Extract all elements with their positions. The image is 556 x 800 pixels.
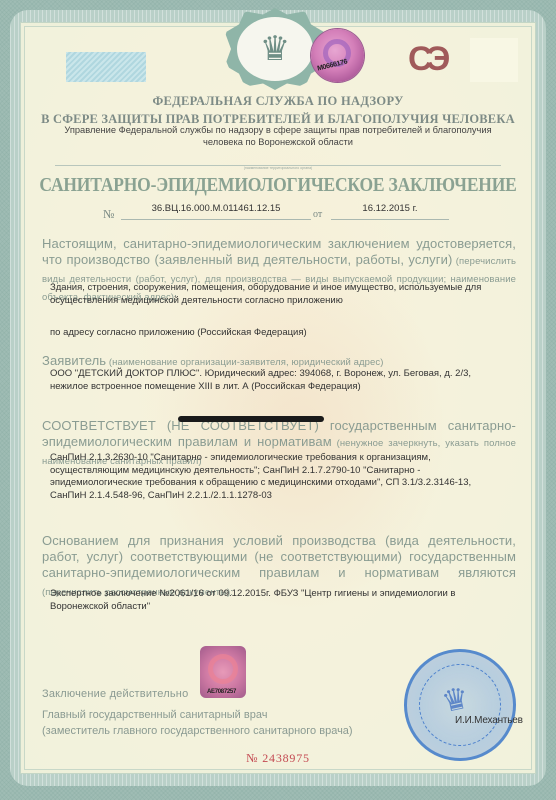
date-label: от bbox=[313, 209, 322, 220]
applicant-label-hint: (наименование организации-заявителя, юри… bbox=[106, 357, 383, 368]
chief-doctor-title: Главный государственный санитарный врач bbox=[42, 709, 267, 721]
signatory-name: И.И.Механтьев bbox=[455, 715, 523, 726]
validity-label: Заключение действительно bbox=[42, 688, 188, 700]
hologram-seal-icon: M0666176 bbox=[311, 29, 364, 82]
territorial-caption: (наименование территориального органа) bbox=[20, 166, 536, 170]
date-underline bbox=[331, 219, 449, 220]
strikethrough-mark bbox=[178, 416, 324, 422]
blank-area bbox=[470, 38, 518, 82]
document-title: САНИТАРНО-ЭПИДЕМИОЛОГИЧЕСКОЕ ЗАКЛЮЧЕНИЕ bbox=[20, 172, 536, 196]
activity-address: по адресу согласно приложению (Российска… bbox=[50, 327, 510, 340]
document-date: 16.12.2015 г. bbox=[331, 203, 449, 214]
certificate-background: ♛ M0666176 СЭ ФЕДЕРАЛЬНАЯ СЛУЖБА ПО НАДЗ… bbox=[0, 0, 556, 800]
basis-documents: Экспертное заключение №2061/16 от 09.12.… bbox=[50, 588, 510, 613]
gear-icon bbox=[208, 654, 238, 684]
agency-name-line1: ФЕДЕРАЛЬНАЯ СЛУЖБА ПО НАДЗОРУ bbox=[20, 94, 536, 109]
deputy-title: (заместитель главного государственного с… bbox=[42, 725, 353, 737]
basis-main: Основанием для признания условий произво… bbox=[42, 533, 516, 580]
hologram-sticker-icon: AE7087257 bbox=[200, 646, 246, 698]
number-underline bbox=[121, 219, 311, 220]
applicant-value: ООО "ДЕТСКИЙ ДОКТОР ПЛЮС". Юридический а… bbox=[50, 368, 510, 393]
security-hologram-strip bbox=[66, 52, 146, 82]
se-logo-icon: СЭ bbox=[408, 44, 464, 74]
document-number-row: № 36.ВЦ.16.000.М.011461.12.15 от 16.12.2… bbox=[103, 203, 453, 221]
applicant-label-main: Заявитель bbox=[42, 353, 106, 368]
double-headed-eagle-icon: ♛ bbox=[237, 17, 313, 81]
number-label: № bbox=[103, 207, 114, 222]
department-name: Управление Федеральной службы по надзору… bbox=[60, 124, 496, 148]
activity-description: Здания, строения, сооружения, помещения,… bbox=[50, 282, 510, 307]
document-number: 36.ВЦ.16.000.М.011461.12.15 bbox=[121, 203, 311, 214]
certifies-intro-main: Настоящим, санитарно-эпидемиологическим … bbox=[42, 236, 516, 267]
hologram-serial: AE7087257 bbox=[207, 689, 236, 695]
form-serial-number: № 2438975 bbox=[20, 751, 536, 766]
sanitary-rules: СанПиН 2.1.3.2630-10 "Санитарно - эпидем… bbox=[50, 452, 510, 502]
